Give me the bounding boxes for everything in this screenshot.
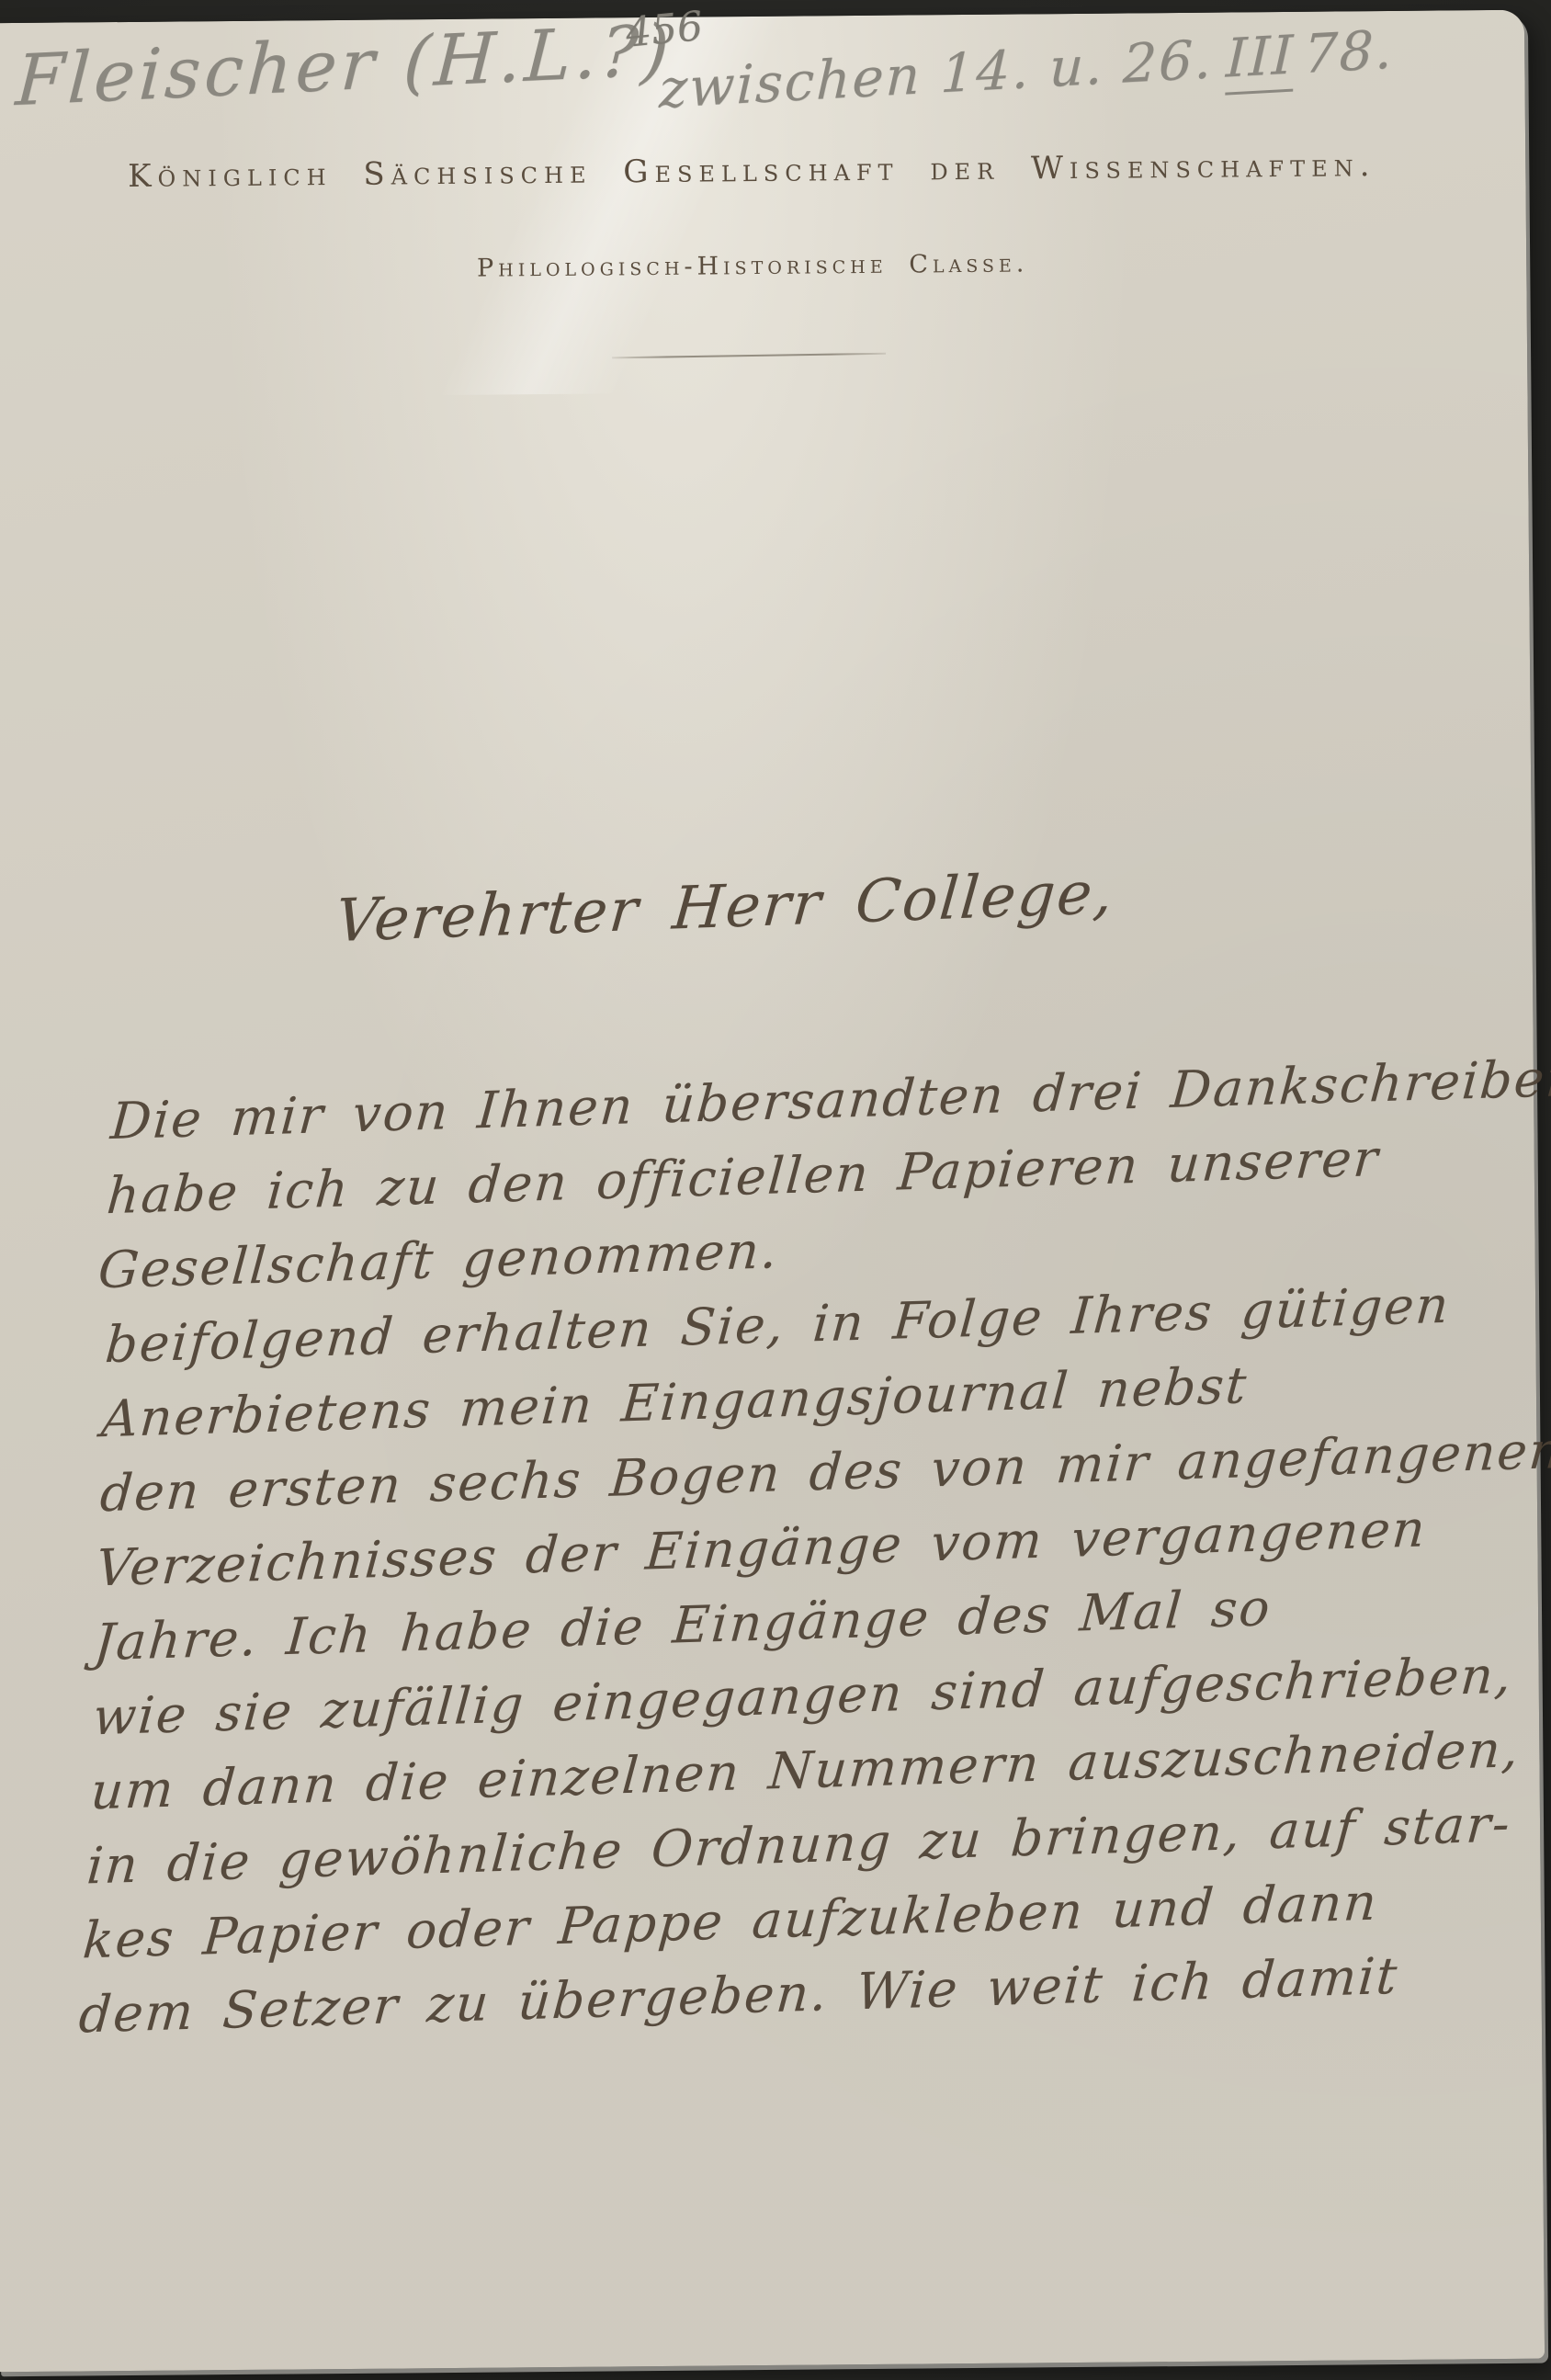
letterhead-society-name: Königlich Sächsische Gesellschaft der Wi… [0,146,1525,197]
pencil-date-year: 78. [1303,18,1395,86]
salutation-line: Verehrter Herr College, [333,859,1117,956]
pencil-date-month-roman: III [1225,23,1296,95]
letterhead-class-name: Philologisch-Historische Classe. [0,245,1526,288]
pencil-annotation-number: 456 [624,3,705,57]
letter-page: Fleischer (H.L.?) 456 zwischen 14. u. 26… [0,10,1545,2373]
pencil-annotation-date: zwischen 14. u. 26.III78. [658,17,1408,120]
pencil-date-prefix: zwischen 14. u. 26. [658,28,1214,120]
letterhead-divider-rule [612,353,886,359]
pencil-annotation-name: Fleischer (H.L.?) [14,8,675,121]
letter-body: Die mir von Ihnen übersandten drei Danks… [109,1072,1514,2052]
scan-background: Fleischer (H.L.?) 456 zwischen 14. u. 26… [0,0,1551,2380]
